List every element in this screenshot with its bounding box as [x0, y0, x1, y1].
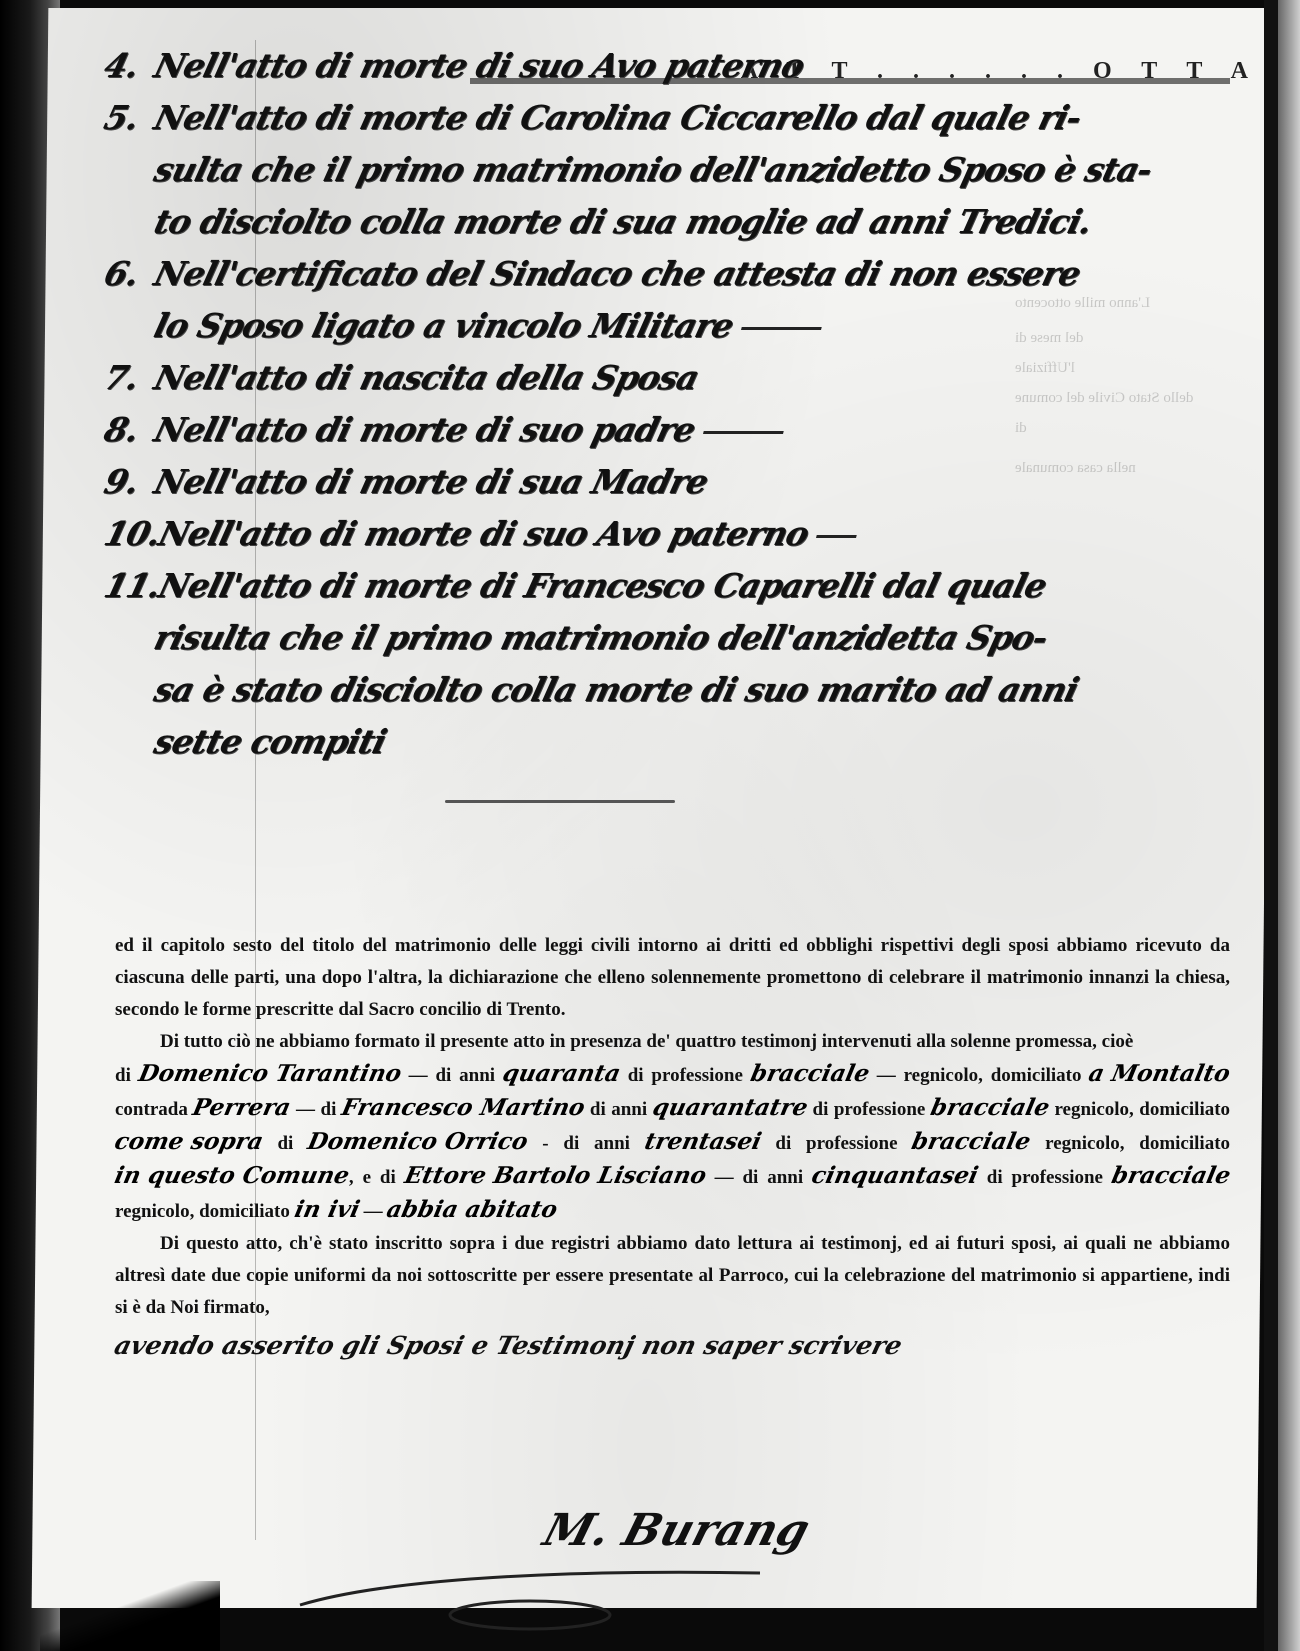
section-divider [445, 800, 675, 803]
witness-1: di Domenico Tarantino — di anni quaranta… [115, 1058, 1230, 1228]
entry-11-cont: sa è stato disciolto colla morte di suo … [99, 664, 1242, 716]
line-dash [703, 431, 784, 434]
entry-10: 10.Nell'atto di morte di suo Avo paterno [99, 508, 1242, 560]
witness-4-residence: in ivi [291, 1194, 362, 1226]
entry-5: 5.Nell'atto di morte di Carolina Ciccare… [99, 92, 1242, 144]
witness-2-residence: come sopra [112, 1126, 267, 1158]
book-binding-right [1264, 0, 1278, 1651]
witness-4-age: cinquantasei [809, 1160, 982, 1192]
printed-paragraph-1: ed il capitolo sesto del titolo del matr… [115, 930, 1230, 1026]
witness-3-residence: in questo Comune [112, 1160, 353, 1192]
entry-8: 8.Nell'atto di morte di suo padre [99, 404, 1242, 456]
witness-2-name: Francesco Martino [338, 1092, 587, 1124]
entry-4: 4.Nell'atto di morte di suo Avo paterno [99, 40, 1242, 92]
entry-9: 9.Nell'atto di morte di sua Madre [99, 456, 1242, 508]
line-dash [817, 535, 858, 538]
witness-3-profession: bracciale [909, 1126, 1034, 1158]
closing-handwritten-note: avendo asserito gli Sposi e Testimonj no… [111, 1330, 1234, 1362]
closing-paragraph: Di questo atto, ch'è stato inscritto sop… [115, 1228, 1230, 1324]
line-dash [741, 327, 822, 330]
witness-4-profession: bracciale [1109, 1160, 1234, 1192]
entry-5-cont: sulta che il primo matrimonio dell'anzid… [99, 144, 1242, 196]
manuscript-list: 4.Nell'atto di morte di suo Avo paterno … [105, 40, 1235, 768]
entry-7: 7.Nell'atto di nascita della Sposa [99, 352, 1242, 404]
entry-6: 6.Nell'certificato del Sindaco che attes… [99, 248, 1242, 300]
witness-2-age: quarantatre [649, 1092, 810, 1124]
witness-3-name: Domenico Orrico [305, 1126, 531, 1158]
printed-paragraph-2: Di tutto ciò ne abbiamo formato il prese… [115, 1026, 1230, 1058]
official-signature: M. Burang [538, 1505, 816, 1556]
witness-1-profession: bracciale [747, 1058, 872, 1090]
witness-4-extra: abbia abitato [384, 1194, 561, 1226]
witness-1-street: Perrera [190, 1092, 294, 1124]
printed-form-text: ed il capitolo sesto del titolo del matr… [115, 930, 1230, 1362]
entry-6-cont: lo Sposo ligato a vincolo Militare [99, 300, 1242, 352]
witness-2-profession: bracciale [927, 1092, 1052, 1124]
witness-1-residence: a Montalto [1086, 1058, 1233, 1090]
entry-11-cont: sette compiti [99, 716, 1242, 768]
entry-5-cont: to disciolto colla morte di sua moglie a… [99, 196, 1242, 248]
entry-11-cont: risulta che il primo matrimonio dell'anz… [99, 612, 1242, 664]
page-edge-right [1278, 0, 1300, 1651]
witness-1-name: Domenico Tarantino [135, 1058, 404, 1090]
witness-4-name: Ettore Bartolo Lisciano [401, 1160, 709, 1192]
entry-11: 11.Nell'atto di morte di Francesco Capar… [99, 560, 1242, 612]
witness-1-age: quaranta [500, 1058, 624, 1090]
witness-3-age: trentasei [641, 1126, 764, 1158]
signature-flourish-icon [280, 1565, 780, 1635]
corner-shadow [40, 1581, 220, 1651]
